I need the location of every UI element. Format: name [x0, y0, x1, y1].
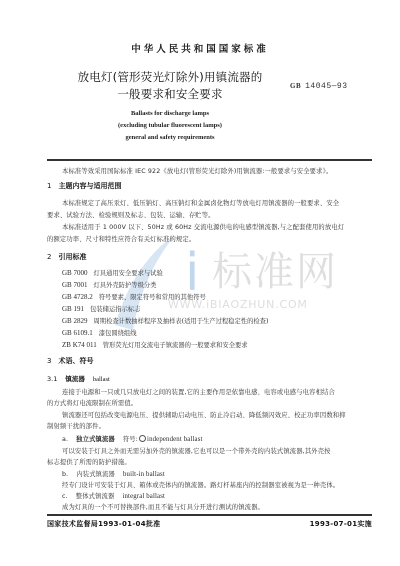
reference-item: GB 4728.2符号要素、限定符号和常用的其他符号: [62, 292, 206, 301]
item-a-heading: a.独立式镇流器符号:independent ballast: [62, 434, 203, 443]
section-number: 3: [47, 357, 51, 365]
section-1-para1-line1: 本标准规定了高压汞灯、低压钠灯、高压钠灯和金属卤化物灯等放电灯用镇流器的一般要求…: [62, 198, 339, 207]
reference-item: ZB K74 011管形荧光灯用交流电子镇流器的一般要求和安全要求: [62, 340, 248, 349]
reference-item: GB 7001灯具外壳防护等级分类: [62, 280, 156, 289]
independent-ballast-symbol-icon: [139, 435, 146, 442]
standard-prefix: GB: [290, 82, 301, 90]
reference-item: GB 191包装储运指示标志: [62, 304, 140, 313]
section-3-heading: 3术语、符号: [47, 356, 93, 366]
reference-item: GB 2829周期检查计数抽样程序及抽样表(适用于生产过程稳定性的检查): [62, 316, 268, 325]
section-number: 2: [47, 253, 51, 261]
intro-paragraph: 本标准等效采用国际标准 IEC 922《放电灯(管形荧光灯除外)用镇流器:一般要…: [62, 166, 332, 175]
section-2-heading: 2引用标准: [47, 252, 86, 262]
item-a-line1: 可以安装于灯具之外而无需另加外壳的镇流器,它也可以是一个带外壳的内装式镇流器,其…: [62, 446, 331, 455]
title-en-line1: Ballasts for discharge lamps: [60, 110, 280, 117]
subsection-3-1-heading: 3.1镇流器ballast: [47, 374, 110, 383]
item-b-heading: b.内装式镇流器built-in ballast: [62, 469, 165, 478]
section-3-para2-line2: 制射频干扰的部件。: [47, 421, 105, 430]
standard-number: GB14045—93: [290, 82, 348, 91]
implementation-date: 1993-07-01实施: [310, 519, 372, 529]
section-3-para2-line1: 镇流器还可包括改变电源电压、提供辅助启动电压、防止冷启动、降低频闪效应、校正功率…: [62, 410, 346, 419]
reference-item: GB 6109.1漆包圆绕组线: [62, 328, 137, 337]
title-en-line3: general and safety requirements: [60, 134, 280, 141]
section-title: 主题内容与适用范围: [58, 182, 121, 190]
section-title: 引用标准: [58, 253, 86, 261]
section-1-para2-line1: 本标准适用于 1 000V 以下、50Hz 或 60Hz 交流电源供电的电感型镇…: [62, 222, 344, 231]
national-standard-heading: 中华人民共和国国家标准: [0, 41, 400, 55]
section-1-heading: 1主题内容与适用范围: [47, 181, 121, 191]
section-title: 术语、符号: [58, 357, 93, 365]
section-1-para2-line2: 的额定功率、尺寸和特性应符合有关灯标准的规定。: [47, 234, 195, 243]
section-1-para1-line2: 要求、试验方法、检验规则及标志、包装、运输、存贮等。: [47, 210, 215, 219]
title-cn-line2: 一般要求和安全要求: [60, 86, 280, 102]
title-cn-line1: 放电灯(管形荧光灯除外)用镇流器的: [60, 69, 280, 85]
approval-date: 国家技术监督局1993-01-04批准: [47, 519, 160, 529]
standard-number-value: 14045—93: [305, 82, 347, 91]
footer-divider: [47, 514, 372, 516]
section-number: 1: [47, 182, 51, 190]
item-c-heading: c.整体式镇流器integral ballast: [62, 491, 165, 500]
title-en-line2: (excluding tubular fluorescent lamps): [60, 122, 280, 129]
reference-item: GB 7000灯具通用安全要求与试验: [62, 268, 163, 277]
item-c-line1: 成为灯具的一个不可替换部件,而且不能与灯具分开进行测试的镇流器。: [62, 502, 264, 511]
watermark-logo-text: 标准网: [212, 240, 338, 297]
section-3-para1-line1: 连接于电源和一只或几只放电灯之间的装置,它的主要作用是依靠电感、电容或电感与电容…: [62, 387, 335, 396]
item-a-line2: 标志提供了所需的防护措施。: [47, 457, 131, 466]
section-3-para1-line2: 的方式将灯电流限制在所需值。: [47, 398, 137, 407]
item-b-line1: 经专门设计可安装于灯具、箱体或壳体内的镇流器。路灯杆基座内的控制器室被视为是一种…: [62, 480, 339, 489]
header-divider: [47, 159, 372, 161]
